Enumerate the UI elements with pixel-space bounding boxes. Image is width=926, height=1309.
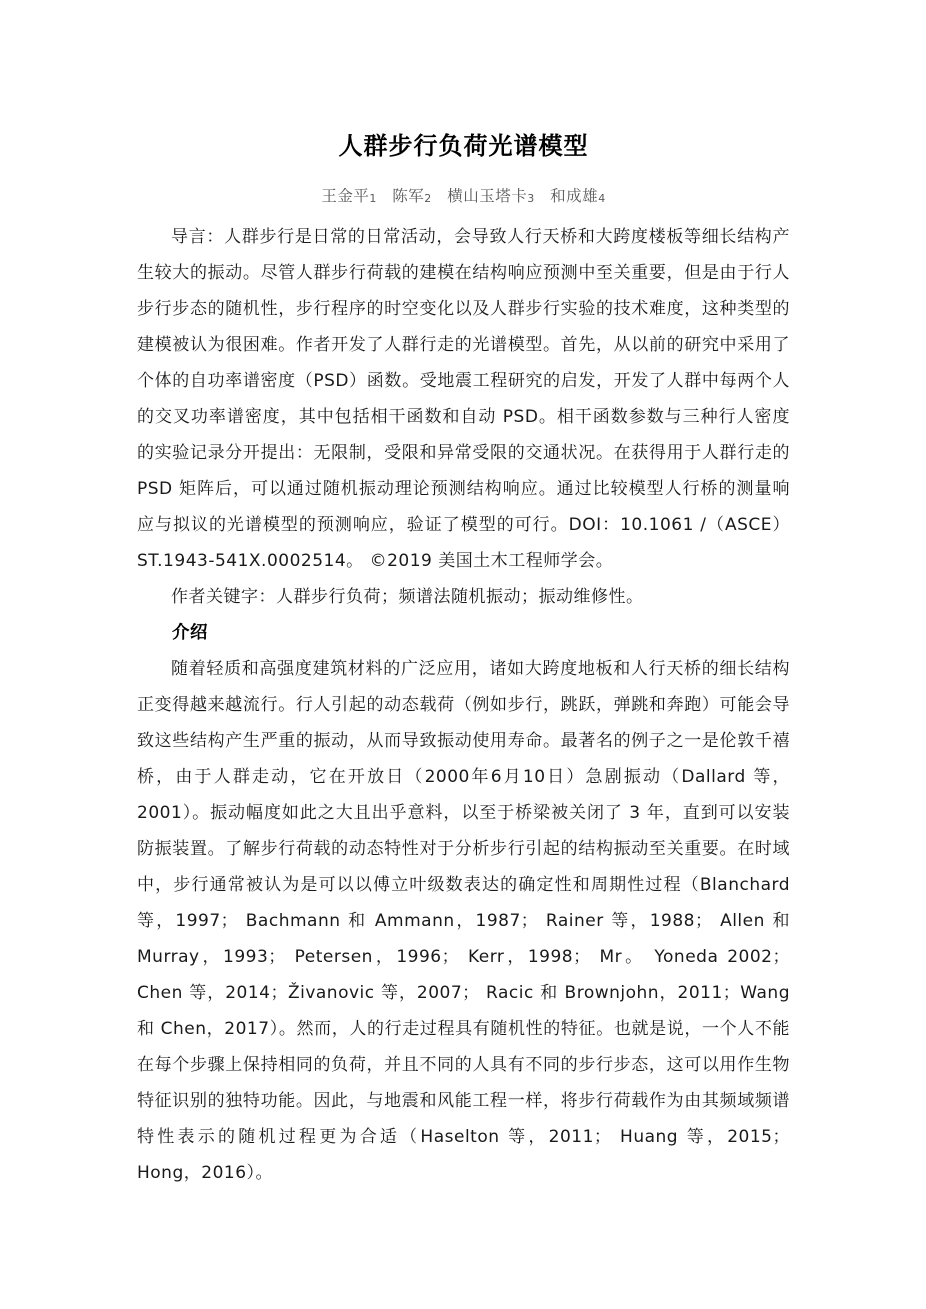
author-name: 和成雄 — [550, 187, 598, 205]
document-content: 人群步行负荷光谱模型 王金平1 陈军2 横山玉塔卡3 和成雄4 导言：人群步行是… — [0, 0, 926, 1191]
document-body: 导言：人群步行是日常的日常活动，会导致人行天桥和大跨度楼板等细长结构产生较大的振… — [137, 219, 790, 1191]
author-name: 横山玉塔卡 — [447, 187, 527, 205]
author-affiliation-mark: 1 — [369, 192, 377, 205]
keywords-line: 作者关键字：人群步行负荷；频谱法随机振动；振动维修性。 — [137, 579, 790, 615]
page-title: 人群步行负荷光谱模型 — [137, 131, 790, 161]
author-name: 王金平 — [321, 187, 369, 205]
document-page: 人群步行负荷光谱模型 王金平1 陈军2 横山玉塔卡3 和成雄4 导言：人群步行是… — [0, 0, 926, 1309]
introduction-paragraph: 随着轻质和高强度建筑材料的广泛应用，诸如大跨度地板和人行天桥的细长结构正变得越来… — [137, 651, 790, 1191]
author-affiliation-mark: 2 — [424, 192, 432, 205]
author-affiliation-mark: 3 — [527, 192, 535, 205]
abstract-paragraph: 导言：人群步行是日常的日常活动，会导致人行天桥和大跨度楼板等细长结构产生较大的振… — [137, 219, 790, 579]
author-3: 横山玉塔卡3 — [447, 187, 535, 205]
author-affiliation-mark: 4 — [598, 192, 606, 205]
author-1: 王金平1 — [321, 187, 377, 205]
author-2: 陈军2 — [392, 187, 432, 205]
author-line: 王金平1 陈军2 横山玉塔卡3 和成雄4 — [137, 185, 790, 209]
author-name: 陈军 — [392, 187, 424, 205]
section-heading-introduction: 介绍 — [137, 615, 790, 651]
author-4: 和成雄4 — [550, 187, 606, 205]
